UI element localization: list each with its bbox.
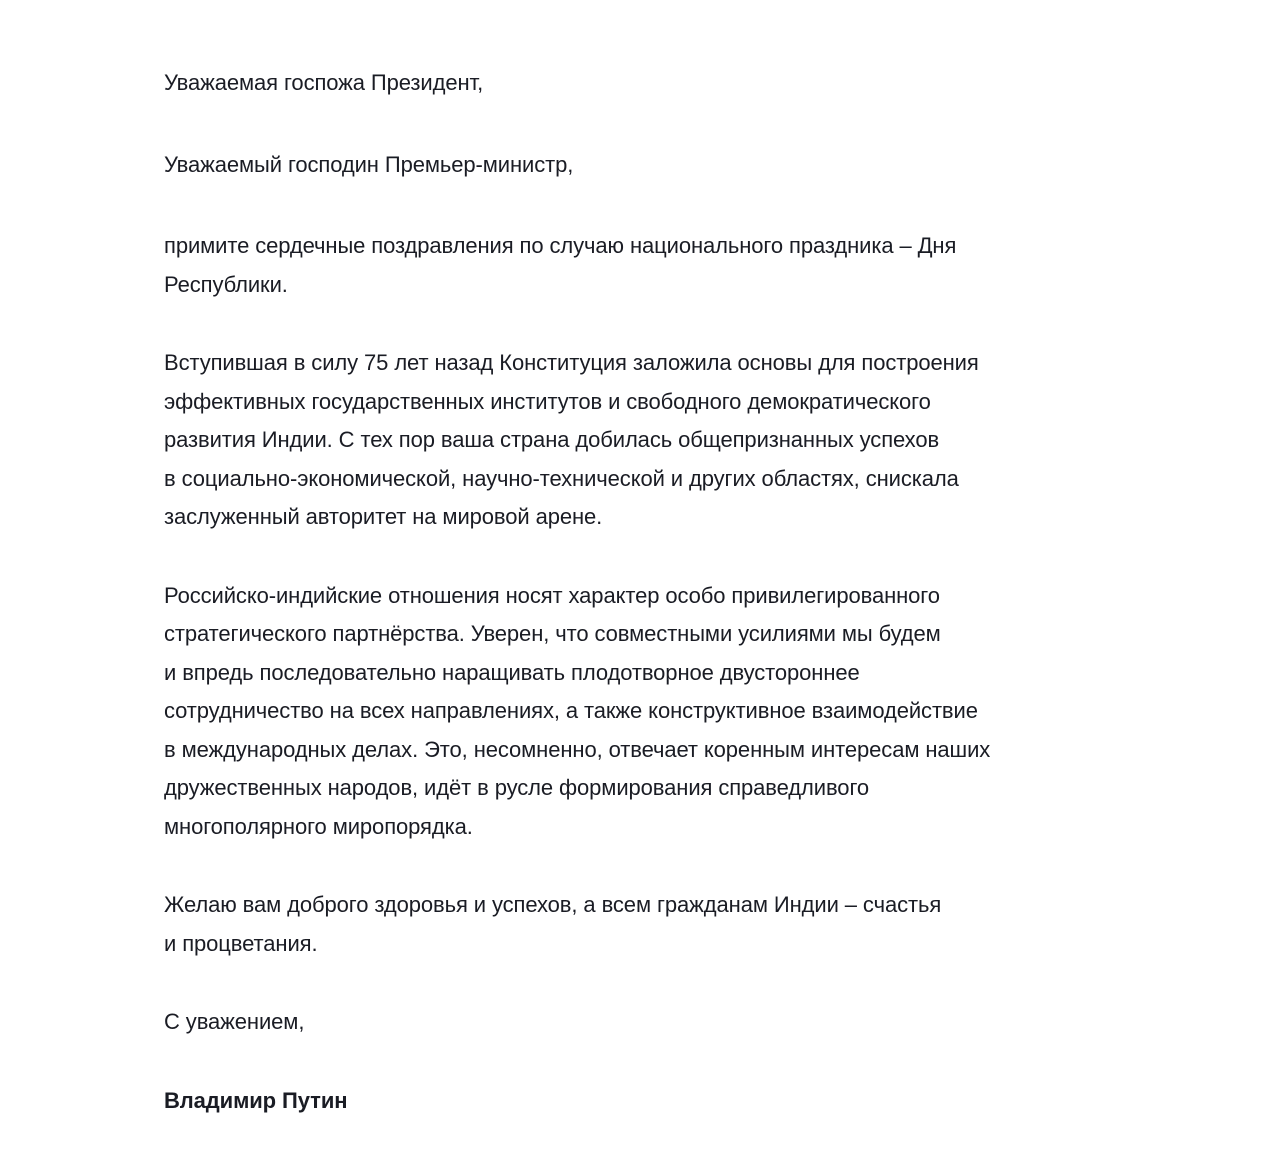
paragraph-line: дружественных народов, идёт в русле форм…	[164, 769, 1094, 808]
salutation-line: Уважаемый господин Премьер-министр,	[164, 146, 1094, 185]
closing: С уважением,	[164, 1003, 1094, 1042]
paragraph-line: заслуженный авторитет на мировой арене.	[164, 498, 1094, 537]
salutation-line: Уважаемая госпожа Президент,	[164, 64, 1094, 103]
paragraph-line: многополярного миропорядка.	[164, 808, 1094, 847]
paragraph-line: сотрудничество на всех направлениях, а т…	[164, 692, 1094, 731]
salutation-president: Уважаемая госпожа Президент,	[164, 64, 1094, 103]
paragraph-relations: Российско-индийские отношения носят хара…	[164, 577, 1094, 847]
paragraph-line: примите сердечные поздравления по случаю…	[164, 227, 1094, 266]
paragraph-line: и процветания.	[164, 925, 1094, 964]
paragraph-line: Желаю вам доброго здоровья и успехов, а …	[164, 886, 1094, 925]
paragraph-line: в международных делах. Это, несомненно, …	[164, 731, 1094, 770]
paragraph-line: развития Индии. С тех пор ваша страна до…	[164, 421, 1094, 460]
closing-text: С уважением,	[164, 1003, 1094, 1042]
paragraph-line: и впредь последовательно наращивать плод…	[164, 654, 1094, 693]
paragraph-line: Вступившая в силу 75 лет назад Конституц…	[164, 344, 1094, 383]
paragraph-line: стратегического партнёрства. Уверен, что…	[164, 615, 1094, 654]
paragraph-line: эффективных государственных институтов и…	[164, 383, 1094, 422]
paragraph-congratulations: примите сердечные поздравления по случаю…	[164, 227, 1094, 304]
paragraph-constitution: Вступившая в силу 75 лет назад Конституц…	[164, 344, 1094, 537]
salutation-prime-minister: Уважаемый господин Премьер-министр,	[164, 146, 1094, 185]
paragraph-wishes: Желаю вам доброго здоровья и успехов, а …	[164, 886, 1094, 963]
signature-name: Владимир Путин	[164, 1082, 1094, 1121]
paragraph-line: в социально-экономической, научно-технич…	[164, 460, 1094, 499]
paragraph-line: Республики.	[164, 266, 1094, 305]
letter-body: Уважаемая госпожа Президент, Уважаемый г…	[164, 64, 1094, 1160]
paragraph-line: Российско-индийские отношения носят хара…	[164, 577, 1094, 616]
signature: Владимир Путин	[164, 1082, 1094, 1121]
